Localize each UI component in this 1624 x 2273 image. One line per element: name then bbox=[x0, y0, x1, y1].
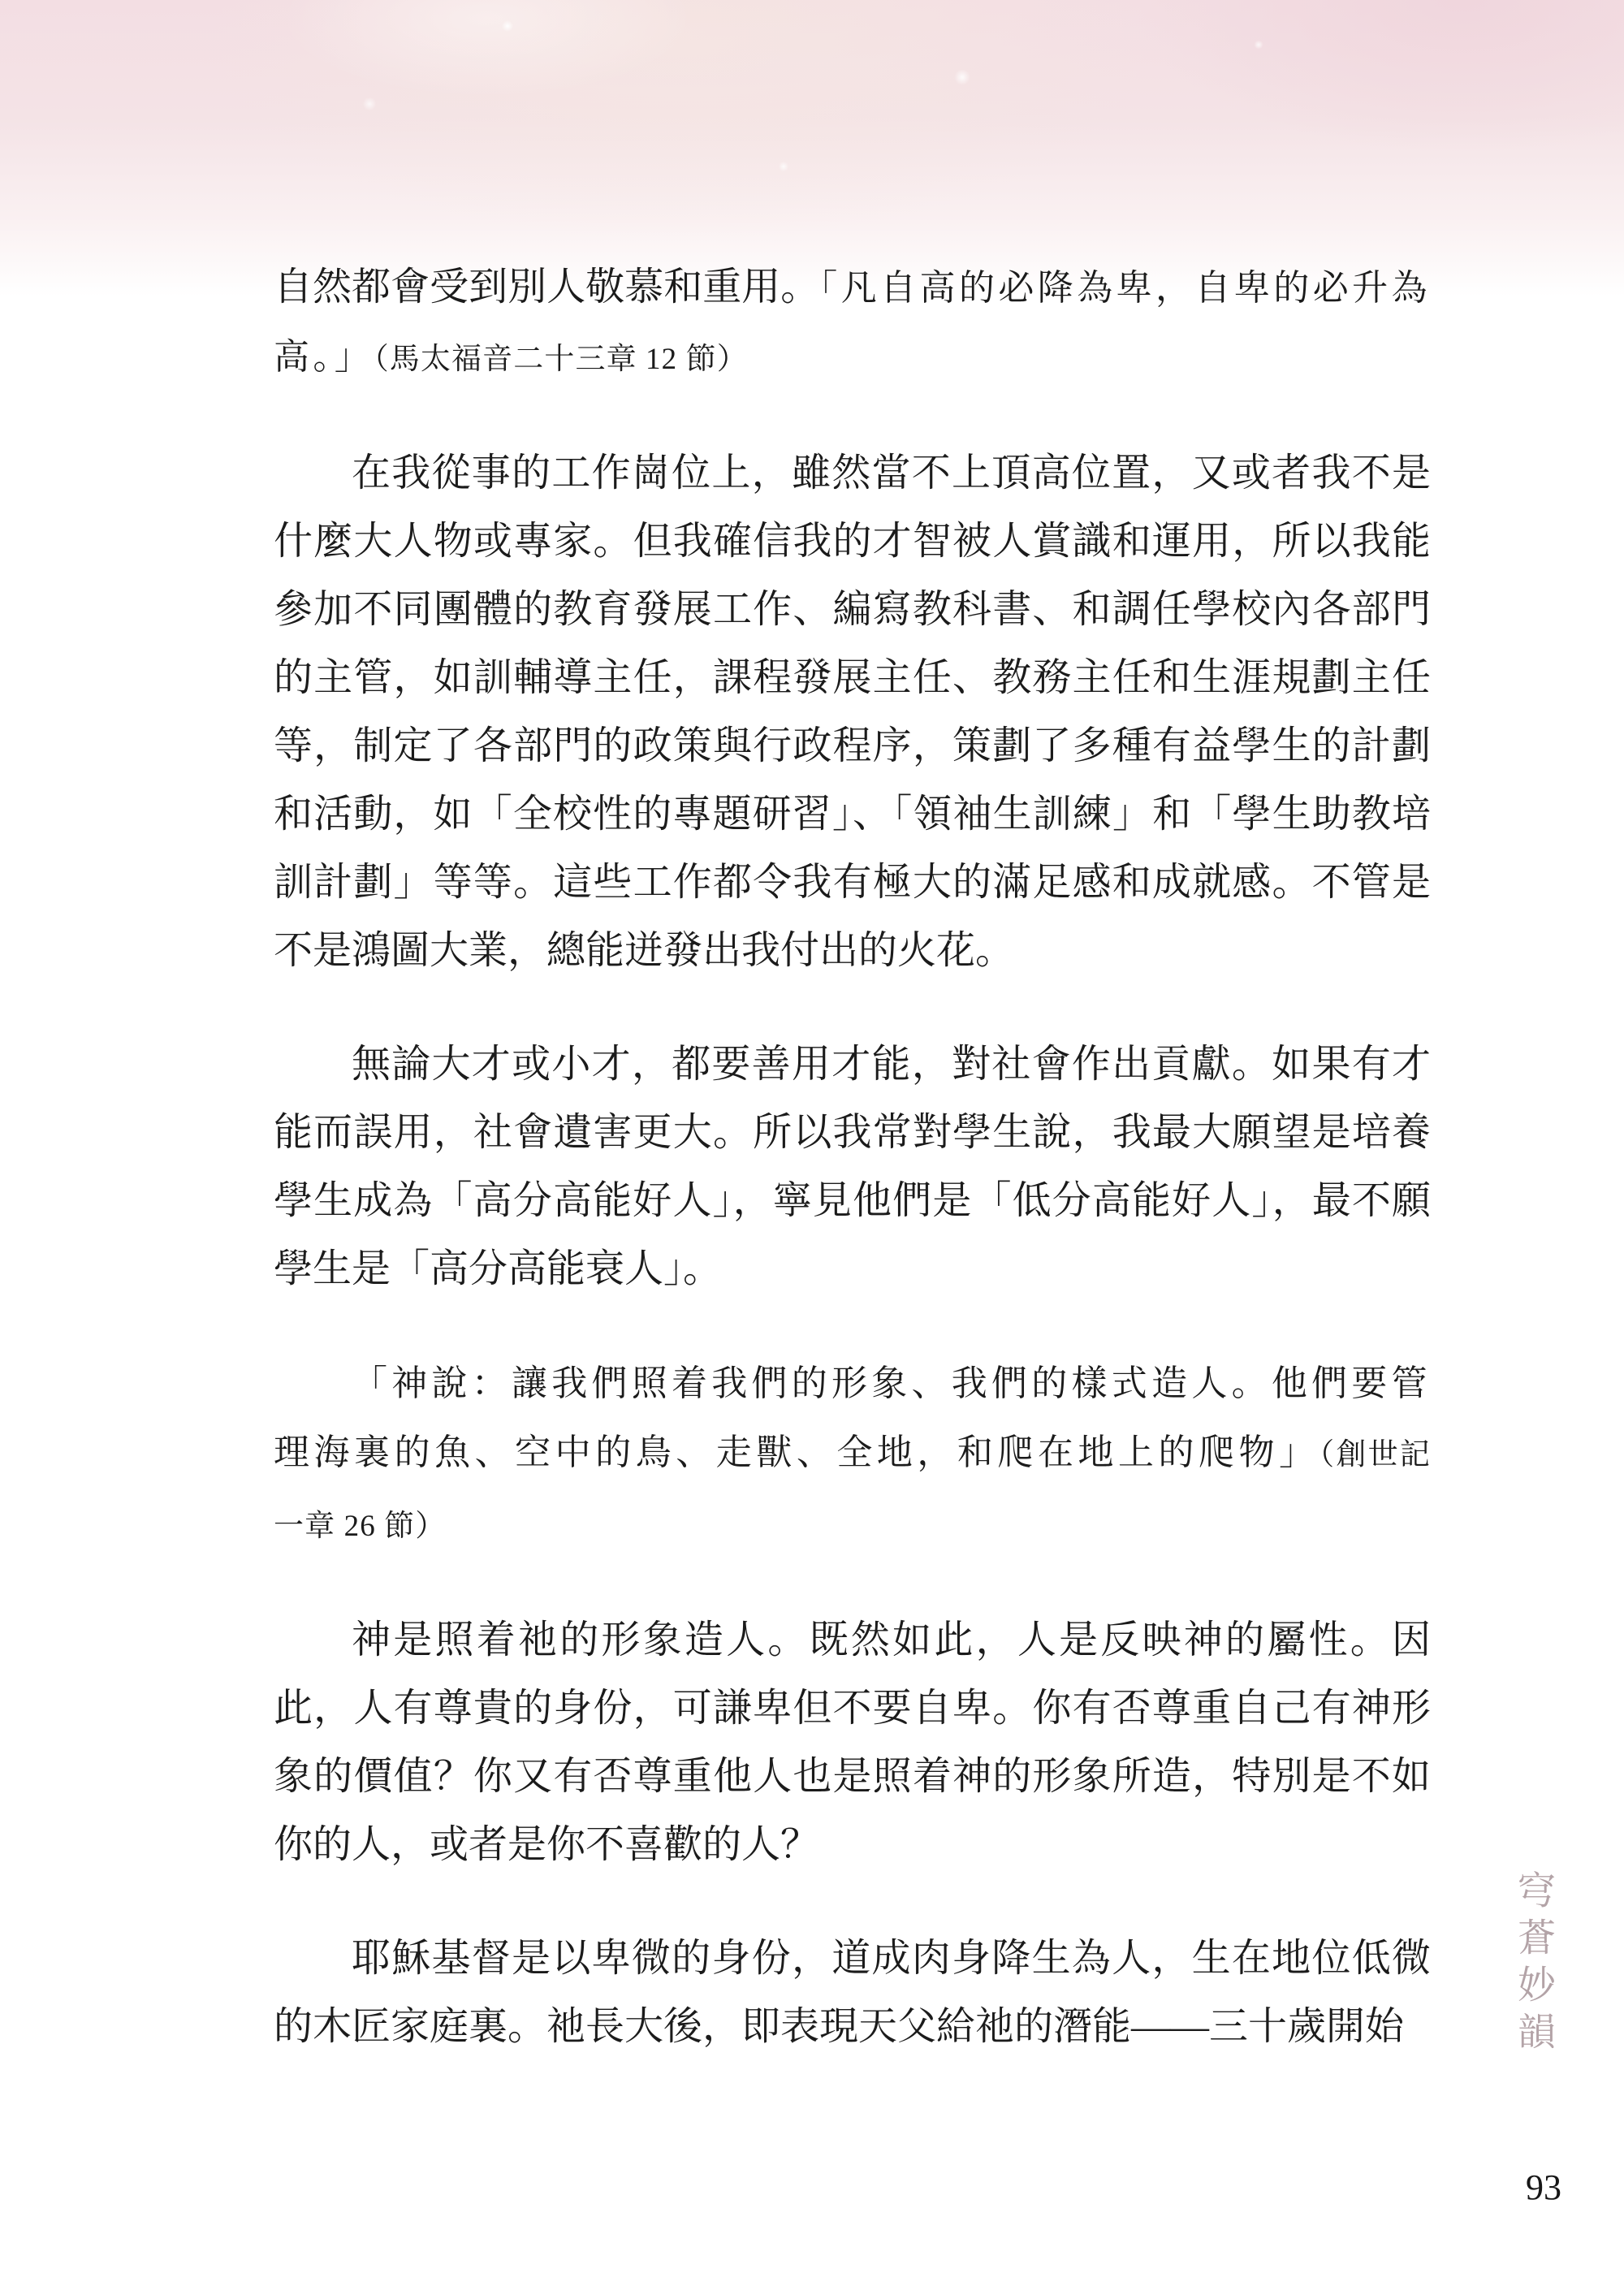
paragraph-text: 自然都會受到別人敬慕和重用。 bbox=[274, 266, 819, 309]
scripture-reference: （馬太福音二十三章 12 節） bbox=[374, 343, 748, 376]
paragraph-text: 無論大才或小才，都要善用才能，對社會作出貢獻。如果有才能而誤用，社會遺害更大。所… bbox=[274, 1043, 1431, 1290]
scripture-quote: 「神說：讓我們照着我們的形象、我們的樣式造人。他們要管理海裏的魚、空中的鳥、走獸… bbox=[274, 1363, 1431, 1472]
text-column: 自然都會受到別人敬慕和重用。「凡自高的必降為卑，自卑的必升為高。」（馬太福音二十… bbox=[274, 253, 1431, 2107]
side-title-vertical: 穹蒼妙韻 bbox=[1506, 1870, 1561, 2059]
paragraph: 耶穌基督是以卑微的身份，道成肉身降生為人，生在地位低微的木匠家庭裏。祂長大後，即… bbox=[274, 1925, 1431, 2061]
page-number: 93 bbox=[1526, 2167, 1561, 2208]
paragraph-continuation: 自然都會受到別人敬慕和重用。「凡自高的必降為卑，自卑的必升為高。」（馬太福音二十… bbox=[274, 253, 1431, 394]
paragraph-text: 耶穌基督是以卑微的身份，道成肉身降生為人，生在地位低微的木匠家庭裏。祂長大後，即… bbox=[274, 1937, 1431, 2048]
paragraph-text: 在我從事的工作崗位上，雖然當不上頂高位置，又或者我不是什麼大人物或專家。但我確信… bbox=[274, 452, 1431, 972]
paragraph-scripture: 「神說：讓我們照着我們的形象、我們的樣式造人。他們要管理海裏的魚、空中的鳥、走獸… bbox=[274, 1349, 1431, 1561]
paragraph-text: 神是照着祂的形象造人。既然如此，人是反映神的屬性。因此，人有尊貴的身份，可謙卑但… bbox=[274, 1618, 1431, 1866]
paragraph: 無論大才或小才，都要善用才能，對社會作出貢獻。如果有才能而誤用，社會遺害更大。所… bbox=[274, 1031, 1431, 1303]
paragraph: 在我從事的工作崗位上，雖然當不上頂高位置，又或者我不是什麼大人物或專家。但我確信… bbox=[274, 439, 1431, 985]
paragraph: 神是照着祂的形象造人。既然如此，人是反映神的屬性。因此，人有尊貴的身份，可謙卑但… bbox=[274, 1606, 1431, 1879]
book-page: 自然都會受到別人敬慕和重用。「凡自高的必降為卑，自卑的必升為高。」（馬太福音二十… bbox=[0, 0, 1624, 2273]
